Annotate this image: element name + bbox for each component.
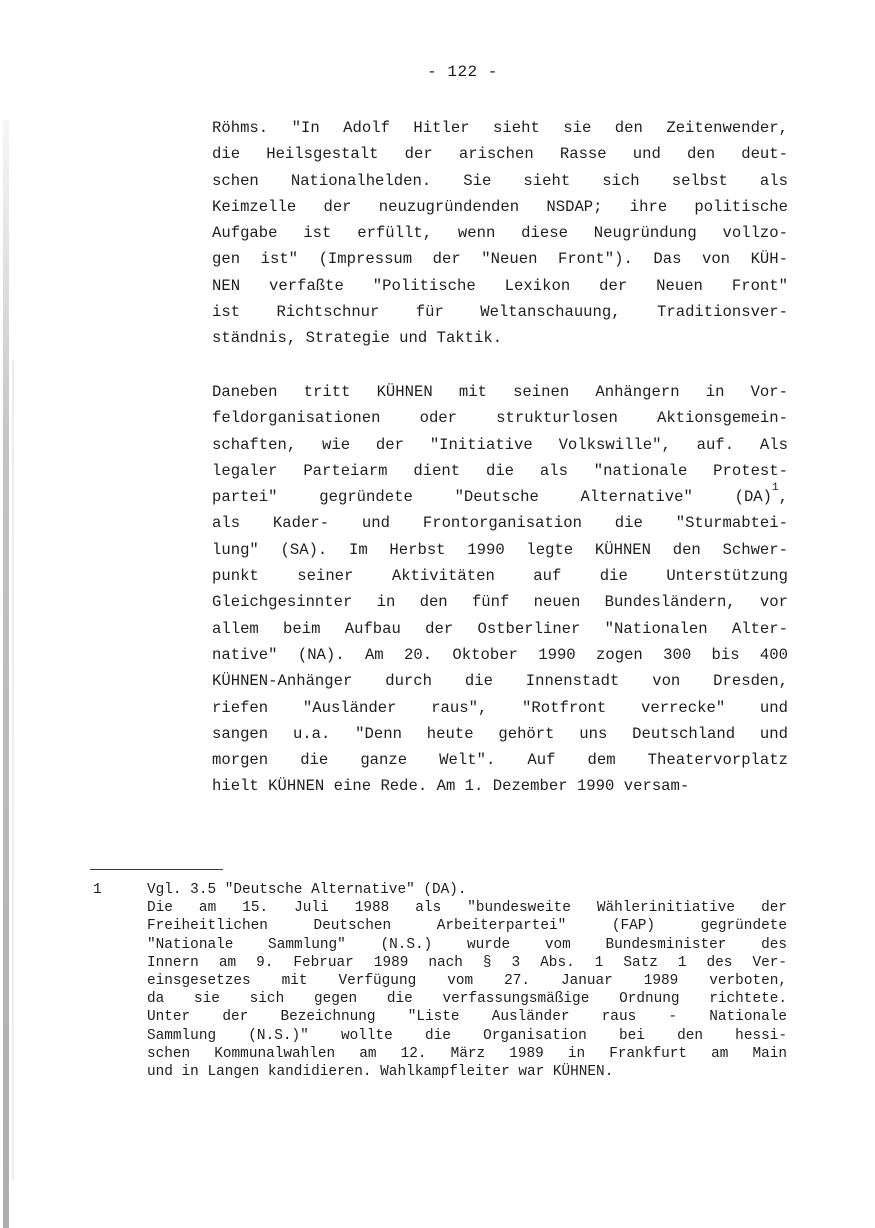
text-line: hielt KÜHNEN eine Rede. Am 1. Dezember 1… (212, 773, 788, 799)
text-line: native" (NA). Am 20. Oktober 1990 zogen … (212, 642, 788, 668)
footnote-line: Unter der Bezeichnung "Liste Ausländer r… (147, 1008, 787, 1026)
text-line: ist Richtschnur für Weltanschauung, Trad… (212, 299, 788, 325)
text-line: Gleichgesinnter in den fünf neuen Bundes… (212, 589, 788, 615)
text-line: Aufgabe ist erfüllt, wenn diese Neugründ… (212, 220, 788, 246)
footnote-line: Vgl. 3.5 "Deutsche Alternative" (DA). (147, 881, 787, 899)
footnote-line: Die am 15. Juli 1988 als "bundesweite Wä… (147, 899, 787, 917)
footnote-line: schen Kommunalwahlen am 12. März 1989 in… (147, 1045, 787, 1063)
scan-edge-shadow (3, 120, 9, 1228)
paragraph-1: Röhms. "In Adolf Hitler sieht sie den Ze… (212, 115, 788, 352)
text-line: lung" (SA). Im Herbst 1990 legte KÜHNEN … (212, 537, 788, 563)
text-line: sangen u.a. "Denn heute gehört uns Deuts… (212, 721, 788, 747)
footnote-line: Sammlung (N.S.)" wollte die Organisation… (147, 1027, 787, 1045)
footnote-separator (90, 869, 223, 870)
text-line: KÜHNEN-Anhänger durch die Innenstadt von… (212, 668, 788, 694)
text-line: morgen die ganze Welt". Auf dem Theaterv… (212, 747, 788, 773)
text-line: legaler Parteiarm dient die als "nationa… (212, 458, 788, 484)
text-line: schen Nationalhelden. Sie sieht sich sel… (212, 168, 788, 194)
footnote-body: Vgl. 3.5 "Deutsche Alternative" (DA). Di… (147, 881, 787, 1081)
text-line: Daneben tritt KÜHNEN mit seinen Anhänger… (212, 379, 788, 405)
footnote-reference[interactable]: 1 (772, 482, 779, 494)
text-segment: , (779, 488, 788, 506)
text-line: punkt seiner Aktivitäten auf die Unterst… (212, 563, 788, 589)
text-line: als Kader- und Frontorganisation die "St… (212, 510, 788, 536)
page-number: - 122 - (0, 63, 875, 81)
text-line: NEN verfaßte "Politische Lexikon der Neu… (212, 273, 788, 299)
footnote-line: und in Langen kandidieren. Wahlkampfleit… (147, 1063, 787, 1081)
scan-edge-line (12, 360, 14, 1180)
text-line: schaften, wie der "Initiative Volkswille… (212, 432, 788, 458)
paragraph-2: Daneben tritt KÜHNEN mit seinen Anhänger… (212, 379, 788, 800)
text-line: die Heilsgestalt der arischen Rasse und … (212, 141, 788, 167)
text-line: riefen "Ausländer raus", "Rotfront verre… (212, 695, 788, 721)
text-line: gen ist" (Impressum der "Neuen Front"). … (212, 246, 788, 272)
footnote-line: einsgesetzes mit Verfügung vom 27. Janua… (147, 972, 787, 990)
footnote-line: da sie sich gegen die verfassungsmäßige … (147, 990, 787, 1008)
text-line: feldorganisationen oder strukturlosen Ak… (212, 405, 788, 431)
footnote-line: Innern am 9. Februar 1989 nach § 3 Abs. … (147, 954, 787, 972)
text-line: Keimzelle der neuzugründenden NSDAP; ihr… (212, 194, 788, 220)
text-line: ständnis, Strategie und Taktik. (212, 325, 788, 351)
text-line: Röhms. "In Adolf Hitler sieht sie den Ze… (212, 115, 788, 141)
footnote-line: "Nationale Sammlung" (N.S.) wurde vom Bu… (147, 936, 787, 954)
footnote-line: Freiheitlichen Deutschen Arbeiterpartei"… (147, 917, 787, 935)
text-segment: partei" gegründete "Deutsche Alternative… (212, 488, 772, 506)
footnote-marker: 1 (93, 881, 102, 899)
text-line: allem beim Aufbau der Ostberliner "Natio… (212, 616, 788, 642)
text-line-with-footnote-ref: partei" gegründete "Deutsche Alternative… (212, 484, 788, 510)
